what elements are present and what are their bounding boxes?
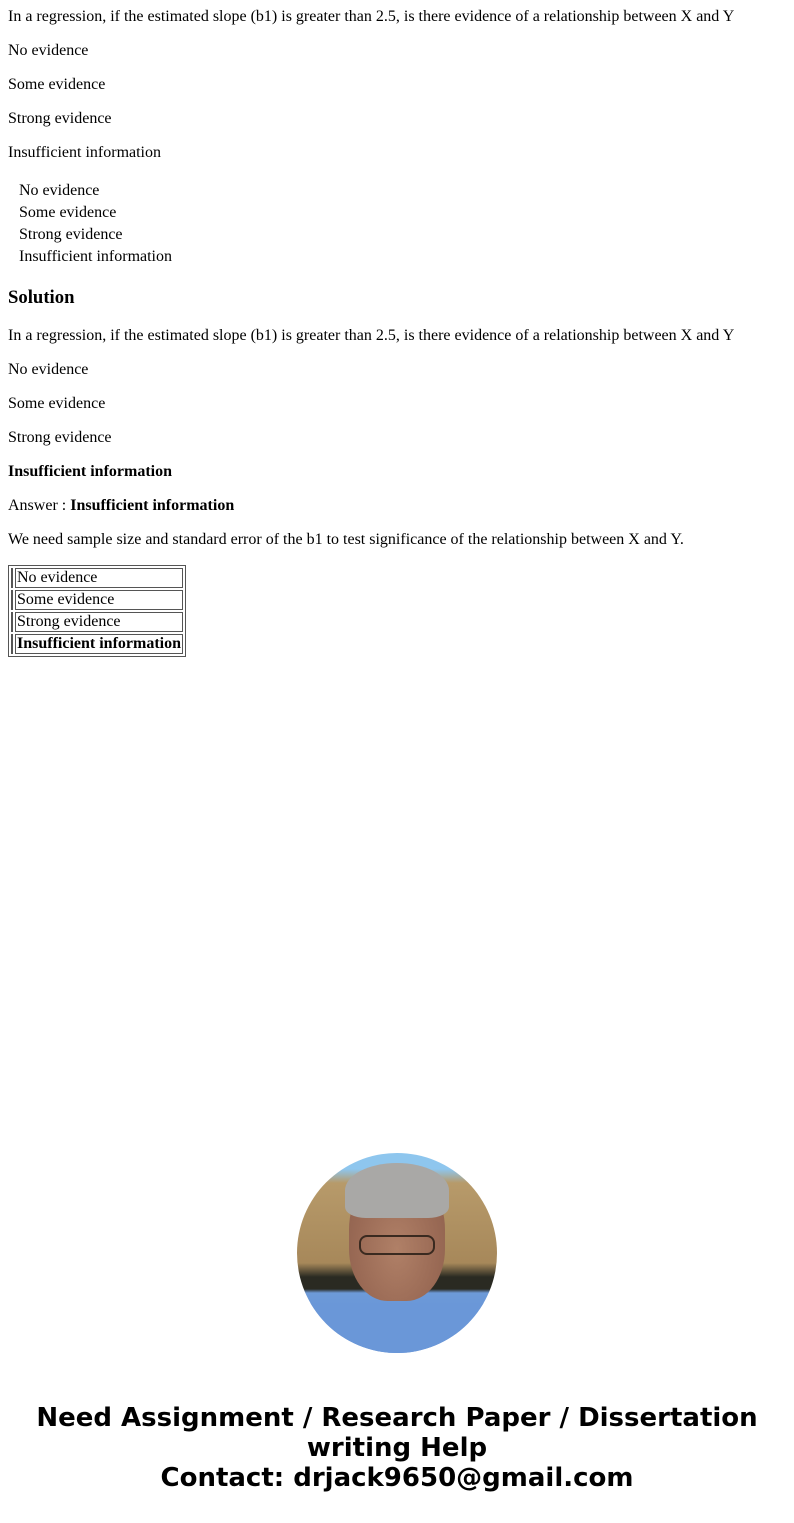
author-avatar — [297, 1153, 497, 1353]
question-option-2: Some evidence — [8, 76, 105, 94]
question-option-4: Insufficient information — [8, 144, 161, 162]
table-cell-empty — [11, 634, 13, 654]
table-row: Insufficient information — [11, 634, 183, 654]
solution-question-text: In a regression, if the estimated slope … — [8, 327, 734, 345]
avatar-shirt — [297, 1303, 497, 1353]
table-cell-empty — [11, 612, 13, 632]
table-cell-option: Some evidence — [15, 590, 183, 610]
question-option-3: Strong evidence — [8, 110, 112, 128]
promo-line-1: Need Assignment / Research Paper / Disse… — [0, 1403, 794, 1433]
answer-line: Answer : Insufficient information — [8, 497, 234, 515]
solution-option-3: Strong evidence — [8, 429, 112, 447]
solution-option-1: No evidence — [8, 361, 88, 379]
avatar-glasses — [359, 1235, 435, 1255]
options-list-item: No evidence — [19, 180, 172, 202]
answer-label: Answer : — [8, 497, 70, 514]
question-text: In a regression, if the estimated slope … — [8, 8, 734, 26]
table-cell-empty — [11, 568, 13, 588]
answer-value: Insufficient information — [70, 497, 234, 514]
options-table: No evidence Some evidence Strong evidenc… — [8, 565, 186, 657]
table-cell-option: Strong evidence — [15, 612, 183, 632]
question-option-1: No evidence — [8, 42, 88, 60]
table-cell-option-correct: Insufficient information — [15, 634, 183, 654]
explanation-text: We need sample size and standard error o… — [8, 531, 684, 549]
options-list: No evidence Some evidence Strong evidenc… — [19, 180, 172, 268]
options-list-item: Strong evidence — [19, 224, 172, 246]
solution-heading: Solution — [8, 287, 74, 309]
promo-contact: Contact: drjack9650@gmail.com — [0, 1463, 794, 1493]
promo-line-2: writing Help — [0, 1433, 794, 1463]
options-list-item: Some evidence — [19, 202, 172, 224]
avatar-hair — [345, 1163, 449, 1218]
table-cell-option: No evidence — [15, 568, 183, 588]
solution-option-2: Some evidence — [8, 395, 105, 413]
promo-banner: Need Assignment / Research Paper / Disse… — [0, 1403, 794, 1493]
table-cell-empty — [11, 590, 13, 610]
table-row: Some evidence — [11, 590, 183, 610]
table-row: Strong evidence — [11, 612, 183, 632]
options-list-item: Insufficient information — [19, 246, 172, 268]
solution-option-4-correct: Insufficient information — [8, 463, 172, 481]
table-row: No evidence — [11, 568, 183, 588]
